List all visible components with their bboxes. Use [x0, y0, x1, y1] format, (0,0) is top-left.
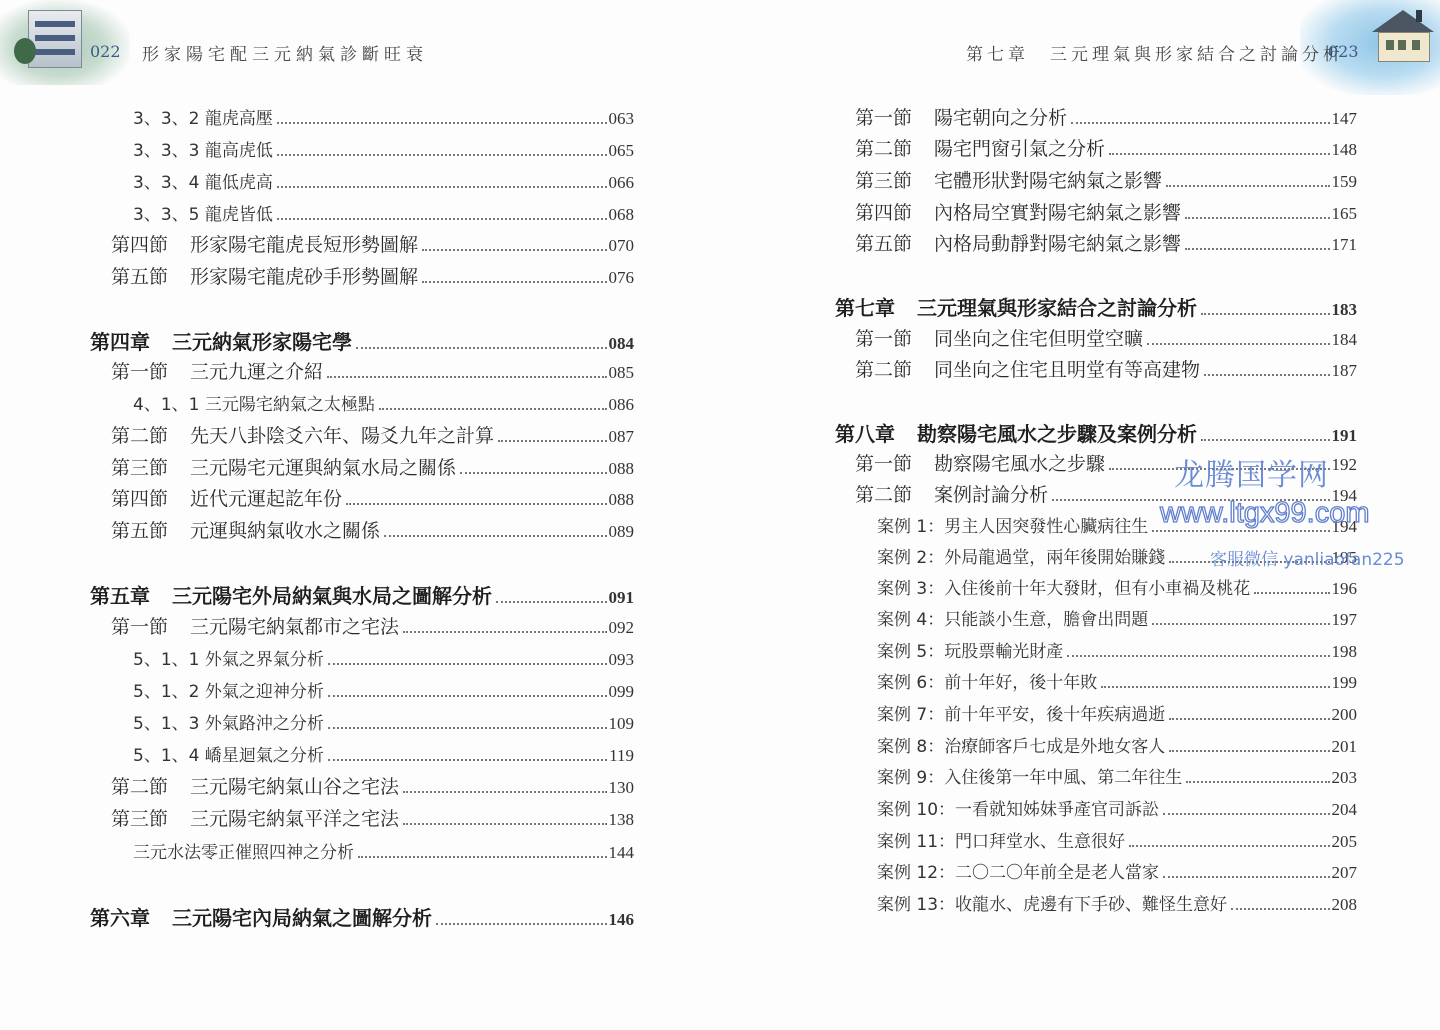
sub-title: 5、1、3 外氣路沖之分析	[133, 714, 324, 734]
sub-title: 3、3、4 龍低虎高	[133, 173, 273, 193]
case-title: 案例 7：前十年平安，後十年疾病過逝	[877, 705, 1165, 725]
sub-title: 三元水法零正催照四神之分析	[133, 843, 354, 863]
toc-entry-sub: 5、1、2 外氣之迎神分析099	[133, 677, 634, 702]
section-title: 三元九運之介紹	[190, 361, 323, 383]
dot-leader	[1163, 812, 1329, 815]
section-title: 元運與納氣收水之關係	[190, 520, 380, 542]
section-number: 第一節	[111, 357, 168, 384]
section-title: 先天八卦陰爻六年、陽爻九年之計算	[190, 425, 494, 447]
page-ref: 085	[609, 363, 635, 383]
sub-title: 3、3、2 龍虎高壓	[133, 109, 273, 129]
page-ref: 130	[609, 778, 635, 798]
page-ref: 088	[609, 459, 635, 479]
case-title: 案例 5：玩股票輸光財產	[877, 642, 1063, 662]
section-number: 第一節	[855, 103, 912, 130]
toc-entry-case: 案例 3：入住後前十年大發財，但有小車禍及桃花196	[877, 574, 1357, 599]
page-ref: 208	[1332, 895, 1358, 915]
dot-leader	[496, 600, 607, 603]
section-number: 第一節	[111, 612, 168, 639]
toc-entry-section: 第三節三元陽宅元運與納氣水局之關係088	[111, 453, 634, 480]
page-number: 022	[90, 42, 121, 61]
page-ref: 070	[609, 236, 635, 256]
dot-leader	[1071, 121, 1329, 124]
case-title: 案例 13：收龍水、虎邊有下手砂、難怪生意好	[877, 895, 1227, 915]
section-number: 第二節	[855, 480, 912, 507]
sub-title: 3、3、5 龍虎皆低	[133, 205, 273, 225]
toc-entry-section: 第五節形家陽宅龍虎砂手形勢圖解076	[111, 262, 634, 289]
section-title: 三元陽宅元運與納氣水局之關係	[190, 457, 456, 479]
toc-entry-sub: 三元水法零正催照四神之分析144	[133, 838, 634, 863]
case-title: 案例 10：一看就知姊妹爭產官司訴訟	[877, 800, 1159, 820]
page-ref: 187	[1332, 361, 1358, 381]
chapter-title: 三元陽宅內局納氣之圖解分析	[172, 906, 432, 930]
section-title: 案例討論分析	[934, 484, 1048, 506]
dot-leader	[436, 922, 607, 925]
toc-entry-case: 案例 5：玩股票輸光財產198	[877, 637, 1357, 662]
page-ref: 184	[1332, 330, 1358, 350]
page-ref: 066	[609, 173, 635, 193]
toc-entry-case: 案例 7：前十年平安，後十年疾病過逝200	[877, 700, 1357, 725]
toc-entry-chapter: 第六章三元陽宅內局納氣之圖解分析146	[90, 902, 634, 931]
page-ref: 087	[609, 427, 635, 447]
toc-entry-sub: 4、1、1 三元陽宅納氣之太極點086	[133, 390, 634, 415]
toc-entry-chapter: 第八章勘察陽宅風水之步驟及案例分析191	[835, 418, 1357, 447]
toc-entry-sub: 3、3、2 龍虎高壓063	[133, 104, 634, 129]
page-ref: 068	[609, 205, 635, 225]
page-number: 023	[1328, 42, 1359, 61]
chapter-number: 第四章	[90, 326, 150, 355]
section-title: 形家陽宅龍虎砂手形勢圖解	[190, 266, 418, 288]
chapter-number: 第七章	[835, 292, 895, 321]
section-title: 三元陽宅納氣山谷之宅法	[190, 776, 399, 798]
page-ref: 092	[609, 618, 635, 638]
dot-leader	[403, 822, 606, 825]
dot-leader	[1204, 373, 1329, 376]
page-ref: 199	[1332, 673, 1358, 693]
toc-entry-section: 第一節同坐向之住宅但明堂空曠184	[855, 324, 1357, 351]
sub-title: 5、1、1 外氣之界氣分析	[133, 650, 324, 670]
dot-leader	[422, 280, 606, 283]
toc-entry-chapter: 第五章三元陽宅外局納氣與水局之圖解分析091	[90, 580, 634, 609]
page-ref: 196	[1332, 579, 1358, 599]
toc-entry-section: 第三節宅體形狀對陽宅納氣之影響159	[855, 166, 1357, 193]
toc-entry-case: 案例 9：入住後第一年中風、第二年往生203	[877, 763, 1357, 788]
page-ref: 191	[1332, 426, 1358, 446]
toc-entry-sub: 3、3、4 龍低虎高066	[133, 168, 634, 193]
dot-leader	[1231, 907, 1329, 910]
dot-leader	[277, 153, 607, 156]
section-title: 內格局空實對陽宅納氣之影響	[934, 202, 1181, 224]
case-title: 案例 3：入住後前十年大發財，但有小車禍及桃花	[877, 579, 1250, 599]
toc-entry-section: 第一節三元九運之介紹085	[111, 357, 634, 384]
dot-leader	[379, 407, 607, 410]
section-number: 第二節	[855, 134, 912, 161]
section-number: 第二節	[111, 421, 168, 448]
page-ref: 146	[609, 910, 635, 930]
dot-leader	[1201, 312, 1330, 315]
section-number: 第三節	[855, 166, 912, 193]
case-title: 案例 9：入住後第一年中風、第二年往生	[877, 768, 1182, 788]
house-icon	[1372, 10, 1434, 64]
page-ref: 138	[609, 810, 635, 830]
toc-entry-case: 案例 6：前十年好，後十年敗199	[877, 668, 1357, 693]
toc-entry-sub: 5、1、3 外氣路沖之分析109	[133, 709, 634, 734]
dot-leader	[1186, 780, 1329, 783]
page-ref: 159	[1332, 172, 1358, 192]
running-head: 第七章 三元理氣與形家結合之討論分析	[966, 40, 1344, 65]
toc-entry-case: 案例 13：收龍水、虎邊有下手砂、難怪生意好208	[877, 890, 1357, 915]
toc-entry-section: 第五節內格局動靜對陽宅納氣之影響171	[855, 229, 1357, 256]
page-ref: 093	[609, 650, 635, 670]
page-ref: 088	[609, 490, 635, 510]
dot-leader	[358, 855, 607, 858]
dot-leader	[1129, 844, 1329, 847]
section-title: 陽宅門窗引氣之分析	[934, 138, 1105, 160]
section-number: 第三節	[111, 453, 168, 480]
chapter-number: 第五章	[90, 580, 150, 609]
sub-title: 5、1、4 嶠星迴氣之分析	[133, 746, 324, 766]
toc-entry-sub: 5、1、1 外氣之界氣分析093	[133, 645, 634, 670]
dot-leader	[328, 694, 607, 697]
section-number: 第五節	[111, 516, 168, 543]
toc-entry-section: 第二節陽宅門窗引氣之分析148	[855, 134, 1357, 161]
section-number: 第一節	[855, 324, 912, 351]
sub-title: 4、1、1 三元陽宅納氣之太極點	[133, 395, 375, 415]
dot-leader	[1109, 152, 1329, 155]
section-title: 形家陽宅龍虎長短形勢圖解	[190, 234, 418, 256]
dot-leader	[384, 534, 606, 537]
section-number: 第五節	[855, 229, 912, 256]
page-ref: 076	[609, 268, 635, 288]
dot-leader	[1185, 216, 1329, 219]
toc-entry-case: 案例 10：一看就知姊妹爭產官司訴訟204	[877, 795, 1357, 820]
toc-entry-section: 第二節三元陽宅納氣山谷之宅法130	[111, 772, 634, 799]
watermark-title: 龙腾国学网	[1174, 450, 1329, 494]
section-title: 宅體形狀對陽宅納氣之影響	[934, 170, 1162, 192]
dot-leader	[1152, 622, 1329, 625]
toc-entry-case: 案例 12：二〇二〇年前全是老人當家207	[877, 858, 1357, 883]
page-ref: 183	[1332, 300, 1358, 320]
section-title: 同坐向之住宅且明堂有等高建物	[934, 359, 1200, 381]
toc-entry-case: 案例 11：門口拜堂水、生意很好205	[877, 827, 1357, 852]
dot-leader	[327, 375, 606, 378]
page-ref: 119	[609, 746, 634, 766]
section-title: 近代元運起訖年份	[190, 488, 342, 510]
dot-leader	[403, 790, 606, 793]
case-title: 案例 2：外局龍過堂，兩年後開始賺錢	[877, 548, 1165, 568]
sub-title: 3、3、3 龍高虎低	[133, 141, 273, 161]
toc-entry-section: 第二節先天八卦陰爻六年、陽爻九年之計算087	[111, 421, 634, 448]
building-icon	[28, 10, 82, 68]
chapter-number: 第八章	[835, 418, 895, 447]
dot-leader	[1166, 184, 1329, 187]
watermark-url: www.ltgx99.com	[1160, 497, 1370, 530]
page-ref: 205	[1332, 832, 1358, 852]
section-title: 內格局動靜對陽宅納氣之影響	[934, 233, 1181, 255]
sub-title: 5、1、2 外氣之迎神分析	[133, 682, 324, 702]
section-title: 三元陽宅納氣平洋之宅法	[190, 808, 399, 830]
section-number: 第四節	[111, 230, 168, 257]
toc-entry-section: 第一節三元陽宅納氣都市之宅法092	[111, 612, 634, 639]
dot-leader	[460, 471, 606, 474]
page-ref: 147	[1332, 109, 1358, 129]
toc-entry-section: 第一節陽宅朝向之分析147	[855, 103, 1357, 130]
dot-leader	[1185, 247, 1329, 250]
section-number: 第一節	[855, 449, 912, 476]
toc-entry-sub: 5、1、4 嶠星迴氣之分析119	[133, 741, 634, 766]
case-title: 案例 6：前十年好，後十年敗	[877, 673, 1097, 693]
page-ref: 063	[609, 109, 635, 129]
dot-leader	[1201, 438, 1330, 441]
page-ref: 144	[609, 843, 635, 863]
chapter-number: 第六章	[90, 902, 150, 931]
page-ref: 065	[609, 141, 635, 161]
page-ref: 204	[1332, 800, 1358, 820]
case-title: 案例 8：治療師客戶七成是外地女客人	[877, 737, 1165, 757]
dot-leader	[1067, 654, 1329, 657]
case-title: 案例 12：二〇二〇年前全是老人當家	[877, 863, 1159, 883]
dot-leader	[498, 439, 606, 442]
dot-leader	[1169, 749, 1329, 752]
dot-leader	[1101, 685, 1329, 688]
section-title: 同坐向之住宅但明堂空曠	[934, 328, 1143, 350]
section-number: 第五節	[111, 262, 168, 289]
section-number: 第三節	[111, 804, 168, 831]
toc-entry-section: 第四節形家陽宅龍虎長短形勢圖解070	[111, 230, 634, 257]
case-title: 案例 4：只能談小生意，膽會出問題	[877, 610, 1148, 630]
dot-leader	[346, 502, 606, 505]
dot-leader	[1147, 342, 1329, 345]
toc-entry-section: 第五節元運與納氣收水之關係089	[111, 516, 634, 543]
page-ref: 192	[1332, 455, 1358, 475]
toc-entry-section: 第二節同坐向之住宅且明堂有等高建物187	[855, 355, 1357, 382]
section-title: 陽宅朝向之分析	[934, 107, 1067, 129]
dot-leader	[1254, 591, 1329, 594]
left-page: 022 形家陽宅配三元納氣診斷旺衰 3、3、2 龍虎高壓0633、3、3 龍高虎…	[0, 0, 720, 1030]
page-ref: 089	[609, 522, 635, 542]
page-ref: 198	[1332, 642, 1358, 662]
toc-entry-section: 第四節近代元運起訖年份088	[111, 484, 634, 511]
toc-entry-section: 第三節三元陽宅納氣平洋之宅法138	[111, 804, 634, 831]
section-number: 第二節	[111, 772, 168, 799]
page-ref: 200	[1332, 705, 1358, 725]
chapter-title: 三元理氣與形家結合之討論分析	[917, 296, 1197, 320]
watermark-contact: 客服微信 yanliaofan225	[1210, 545, 1405, 570]
section-title: 三元陽宅納氣都市之宅法	[190, 616, 399, 638]
page-ref: 171	[1332, 235, 1358, 255]
section-number: 第四節	[111, 484, 168, 511]
dot-leader	[1163, 875, 1329, 878]
page-ref: 148	[1332, 140, 1358, 160]
toc-entry-chapter: 第四章三元納氣形家陽宅學084	[90, 326, 634, 355]
tree-icon	[14, 38, 36, 64]
chapter-title: 三元陽宅外局納氣與水局之圖解分析	[172, 584, 492, 608]
dot-leader	[422, 248, 606, 251]
dot-leader	[356, 346, 607, 349]
page-ref: 201	[1332, 737, 1358, 757]
chapter-title: 勘察陽宅風水之步驟及案例分析	[917, 422, 1197, 446]
toc-entry-case: 案例 8：治療師客戶七成是外地女客人201	[877, 732, 1357, 757]
case-title: 案例 11：門口拜堂水、生意很好	[877, 832, 1125, 852]
dot-leader	[277, 217, 607, 220]
section-title: 勘察陽宅風水之步驟	[934, 453, 1105, 475]
running-head: 形家陽宅配三元納氣診斷旺衰	[142, 40, 428, 65]
page-ref: 207	[1332, 863, 1358, 883]
page-ref: 099	[609, 682, 635, 702]
dot-leader	[277, 185, 607, 188]
dot-leader	[328, 662, 607, 665]
toc-entry-section: 第四節內格局空實對陽宅納氣之影響165	[855, 198, 1357, 225]
page-ref: 197	[1332, 610, 1358, 630]
dot-leader	[277, 121, 607, 124]
page-ref: 091	[609, 588, 635, 608]
dot-leader	[328, 726, 607, 729]
dot-leader	[403, 630, 606, 633]
toc-entry-sub: 3、3、3 龍高虎低065	[133, 136, 634, 161]
dot-leader	[1169, 717, 1329, 720]
chapter-title: 三元納氣形家陽宅學	[172, 330, 352, 354]
toc-entry-chapter: 第七章三元理氣與形家結合之討論分析183	[835, 292, 1357, 321]
page-ref: 086	[609, 395, 635, 415]
page-ref: 203	[1332, 768, 1358, 788]
page-ref: 165	[1332, 204, 1358, 224]
toc-entry-case: 案例 4：只能談小生意，膽會出問題197	[877, 605, 1357, 630]
dot-leader	[328, 758, 607, 761]
section-number: 第四節	[855, 198, 912, 225]
case-title: 案例 1：男主人因突發性心臟病往生	[877, 517, 1148, 537]
toc-entry-sub: 3、3、5 龍虎皆低068	[133, 200, 634, 225]
page-ref: 109	[609, 714, 635, 734]
page-ref: 084	[609, 334, 635, 354]
section-number: 第二節	[855, 355, 912, 382]
